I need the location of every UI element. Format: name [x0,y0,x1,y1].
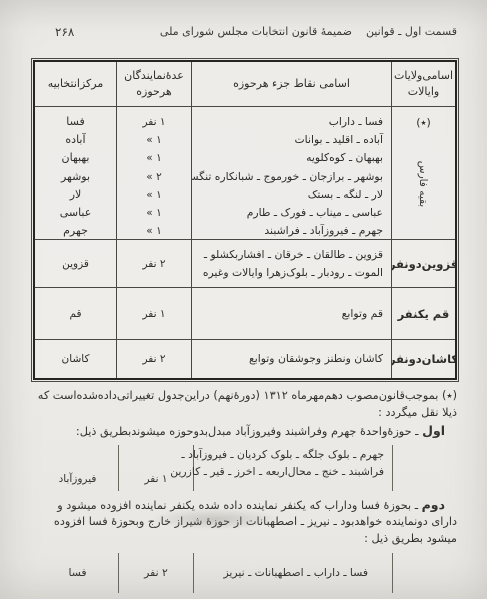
qom-province-cell: قم یکنفر [391,287,455,339]
kashan-places-cell: کاشان ونطنز وجوشقان وتوابع [191,339,391,378]
subrow-places: فسا ـ داراب ـ اصطهبانات ـ نیریز [193,553,393,593]
kashan-deputies-cell: ۲ نفر [116,339,191,378]
fars-places-cell: فسا ـ داراب آباده ـ اقلید ـ بوانات بهبها… [191,106,391,239]
places-line: عباسی ـ میناب ـ فورک ـ طارم [192,204,391,222]
deputies-count: ۱ » [117,186,191,204]
page-running-head: قسمت اول ـ قوانین ضمیمهٔ قانون انتخابات … [35,25,457,43]
deputies-count: ۱ نفر [117,113,191,131]
amendment-row-fasa: فسا ـ داراب ـ اصطهبانات ـ نیریز ۲ نفر فس… [33,553,457,593]
header-deputies-line1: عدهٔ‌نمایندگان [124,68,184,84]
header-center: مرکزانتخابیه [35,62,116,106]
electoral-districts-table: اسامی‌ولایات وایالات اسامی نقاط جزء هرحو… [33,60,457,380]
header-deputies-line2: هرحوزه [136,84,171,100]
scanned-document-page: قسمت اول ـ قوانین ضمیمهٔ قانون انتخابات … [0,0,487,599]
fars-province-cell: (٭) بقیه فارس [391,106,455,239]
electoral-center: آباده [35,131,116,149]
qazvin-places-cell: قزوین ـ طالقان ـ خرقان ـ افشاربکشلو ـ ال… [191,239,391,287]
header-center-label: مرکزانتخابیه [48,76,103,92]
electoral-center: لار [35,186,116,204]
electoral-center: جهرم [35,222,116,239]
electoral-center: فسا [35,113,116,131]
qazvin-province-cell: قزوین‌دونفر [391,239,455,287]
places-line: جهرم ـ فیروزآباد ـ فراشبند [192,222,391,239]
subrow-province-gap [393,445,457,491]
kashan-province-cell: کاشان‌دونفر [391,339,455,378]
electoral-center: عباسی [35,204,116,222]
places-line: بوشهر ـ برازجان ـ خورموج ـ شبانکاره تنگس… [192,168,391,186]
kashan-places-text: کاشان ونطنز وجوشقان وتوابع [249,350,383,368]
scan-smudge-artifact [150,508,280,530]
footnote-first-label: اول [422,423,445,438]
places-line: فسا ـ داراب [192,113,391,131]
qom-deputies-cell: ۱ نفر [116,287,191,339]
header-provinces-line2: وایالات [408,84,439,100]
page-number: ۲۶۸ [55,25,74,39]
subrow-deputies: ۱ نفر [118,445,193,491]
qom-places-cell: قم وتوابع [191,287,391,339]
qom-places-text: قم وتوابع [342,305,383,323]
section-label: قسمت اول ـ قوانین [366,25,457,38]
subrow-center: فیروزآباد [37,445,118,491]
qazvin-deputies-cell: ۲ نفر [116,239,191,287]
page-title: ضمیمهٔ قانون انتخابات مجلس شورای ملی [160,25,352,38]
footnotes-block: (٭) بموجب‌قانون‌مصوب دهم‌مهرماه ۱۳۱۲ (دو… [33,388,457,593]
footnote-intro: (٭) بموجب‌قانون‌مصوب دهم‌مهرماه ۱۳۱۲ (دو… [33,388,457,421]
qom-center-cell: قم [35,287,116,339]
footnote-first: اول ـ حوزهٔ‌واحدهٔ جهرم وفراشبند وفیروزآ… [33,423,457,441]
subrow-places: جهرم ـ بلوک جلگه ـ بلوک کردیان ـ فیروزآب… [193,445,393,491]
amendment-row-firuzabad: جهرم ـ بلوک جلگه ـ بلوک کردیان ـ فیروزآب… [33,445,457,491]
fars-province-label: بقیه فارس [418,161,430,207]
deputies-count: ۱ » [117,149,191,167]
electoral-center: بهبهان [35,149,116,167]
subrow-deputies: ۲ نفر [118,553,193,593]
fars-centers-cell: فسا آباده بهبهان بوشهر لار عباسی جهرم [35,106,116,239]
header-places-label: اسامی نقاط جزء هرحوزه [233,76,350,92]
deputies-count: ۱ » [117,222,191,239]
deputies-count: ۲ » [117,168,191,186]
subrow-center: فسا [37,553,118,593]
deputies-count: ۱ » [117,131,191,149]
kashan-center-cell: کاشان [35,339,116,378]
header-provinces: اسامی‌ولایات وایالات [391,62,455,106]
fars-deputies-cell: ۱ نفر ۱ » ۱ » ۲ » ۱ » ۱ » ۱ » [116,106,191,239]
qazvin-places-text: قزوین ـ طالقان ـ خرقان ـ افشاربکشلو ـ ال… [198,246,383,282]
places-line: بهبهان ـ کوه‌کلویه [192,149,391,167]
footnote-asterisk-mark: (٭) [416,116,431,129]
subrow-province-gap [393,553,457,593]
footnote-second-label: دوم [422,497,445,512]
qazvin-center-cell: قزوین [35,239,116,287]
header-places: اسامی نقاط جزء هرحوزه [191,62,391,106]
footnote-first-text: ـ حوزهٔ‌واحدهٔ جهرم وفراشبند وفیروزآباد … [76,425,422,438]
places-line: آباده ـ اقلید ـ بوانات [192,131,391,149]
subrow-places-line1: جهرم ـ بلوک جلگه ـ بلوک کردیان ـ فیروزآب… [196,446,384,464]
electoral-center: بوشهر [35,168,116,186]
header-deputies: عدهٔ‌نمایندگان هرحوزه [116,62,191,106]
places-line: لار ـ لنگه ـ بستک [192,186,391,204]
subrow-places-line2: فراشبند ـ خنج ـ محال‌اربعه ـ اخرز ـ قیر … [196,463,384,481]
deputies-count: ۱ » [117,204,191,222]
subrow-places-text: فسا ـ داراب ـ اصطهبانات ـ نیریز [223,565,368,582]
header-provinces-line1: اسامی‌ولایات [394,68,453,84]
